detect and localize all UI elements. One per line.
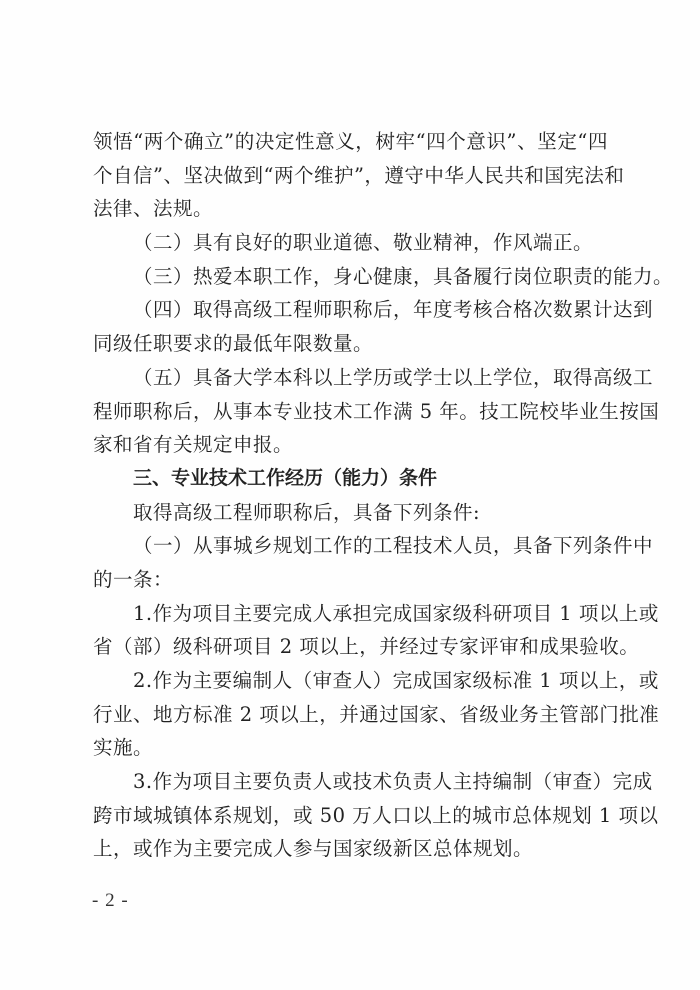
text-line: 1.作为项目主要完成人承担完成国家级科研项目 1 项以上或 — [93, 597, 608, 631]
text-line: 家和省有关规定申报。 — [93, 428, 608, 462]
paragraph-intro-continuation: 领悟“两个确立”的决定性意义，树牢“四个意识”、坚定“四 个自信”、坚决做到“两… — [93, 125, 608, 226]
paragraph-subsection-1: （一）从事城乡规划工作的工程技术人员，具备下列条件中 的一条： — [93, 529, 608, 596]
document-page: 领悟“两个确立”的决定性意义，树牢“四个意识”、坚定“四 个自信”、坚决做到“两… — [0, 0, 700, 990]
text-line: （五）具备大学本科以上学历或学士以上学位，取得高级工 — [93, 361, 608, 395]
text-line: 法律、法规。 — [93, 192, 608, 226]
paragraph-item-1: 1.作为项目主要完成人承担完成国家级科研项目 1 项以上或 省（部）级科研项目 … — [93, 597, 608, 664]
paragraph-requirement-5: （五）具备大学本科以上学历或学士以上学位，取得高级工 程师职称后，从事本专业技术… — [93, 361, 608, 462]
text-line: 2.作为主要编制人（审查人）完成国家级标准 1 项以上，或 — [93, 664, 608, 698]
text-line: 行业、地方标准 2 项以上，并通过国家、省级业务主管部门批准 — [93, 698, 608, 732]
text-line: 取得高级工程师职称后，具备下列条件: — [93, 496, 608, 530]
text-line: 个自信”、坚决做到“两个维护”，遵守中华人民共和国宪法和 — [93, 159, 608, 193]
page-number: - 2 - — [92, 890, 129, 912]
text-line: 同级任职要求的最低年限数量。 — [93, 327, 608, 361]
paragraph-item-2: 2.作为主要编制人（审查人）完成国家级标准 1 项以上，或 行业、地方标准 2 … — [93, 664, 608, 765]
paragraph-requirement-3: （三）热爱本职工作，身心健康，具备履行岗位职责的能力。 — [93, 260, 608, 294]
text-line: 3.作为项目主要负责人或技术负责人主持编制（审查）完成 — [93, 765, 608, 799]
text-line: 省（部）级科研项目 2 项以上，并经过专家评审和成果验收。 — [93, 630, 608, 664]
text-line: 领悟“两个确立”的决定性意义，树牢“四个意识”、坚定“四 — [93, 125, 608, 159]
text-line: 上，或作为主要完成人参与国家级新区总体规划。 — [93, 832, 608, 866]
paragraph-section-3-intro: 取得高级工程师职称后，具备下列条件: — [93, 496, 608, 530]
paragraph-requirement-4: （四）取得高级工程师职称后，年度考核合格次数累计达到 同级任职要求的最低年限数量… — [93, 293, 608, 360]
paragraph-requirement-2: （二）具有良好的职业道德、敬业精神，作风端正。 — [93, 226, 608, 260]
text-line: （一）从事城乡规划工作的工程技术人员，具备下列条件中 — [93, 529, 608, 563]
section-heading-3: 三、专业技术工作经历（能力）条件 — [93, 462, 608, 496]
text-line: （二）具有良好的职业道德、敬业精神，作风端正。 — [93, 226, 608, 260]
document-body: 领悟“两个确立”的决定性意义，树牢“四个意识”、坚定“四 个自信”、坚决做到“两… — [93, 125, 608, 866]
text-line: 实施。 — [93, 731, 608, 765]
text-line: 的一条： — [93, 563, 608, 597]
section-title: 三、专业技术工作经历（能力）条件 — [93, 462, 608, 496]
text-line: （四）取得高级工程师职称后，年度考核合格次数累计达到 — [93, 293, 608, 327]
text-line: 程师职称后，从事本专业技术工作满 5 年。技工院校毕业生按国 — [93, 395, 608, 429]
paragraph-item-3: 3.作为项目主要负责人或技术负责人主持编制（审查）完成 跨市域城镇体系规划，或 … — [93, 765, 608, 866]
text-line: 跨市域城镇体系规划，或 50 万人口以上的城市总体规划 1 项以 — [93, 799, 608, 833]
text-line: （三）热爱本职工作，身心健康，具备履行岗位职责的能力。 — [93, 260, 608, 294]
